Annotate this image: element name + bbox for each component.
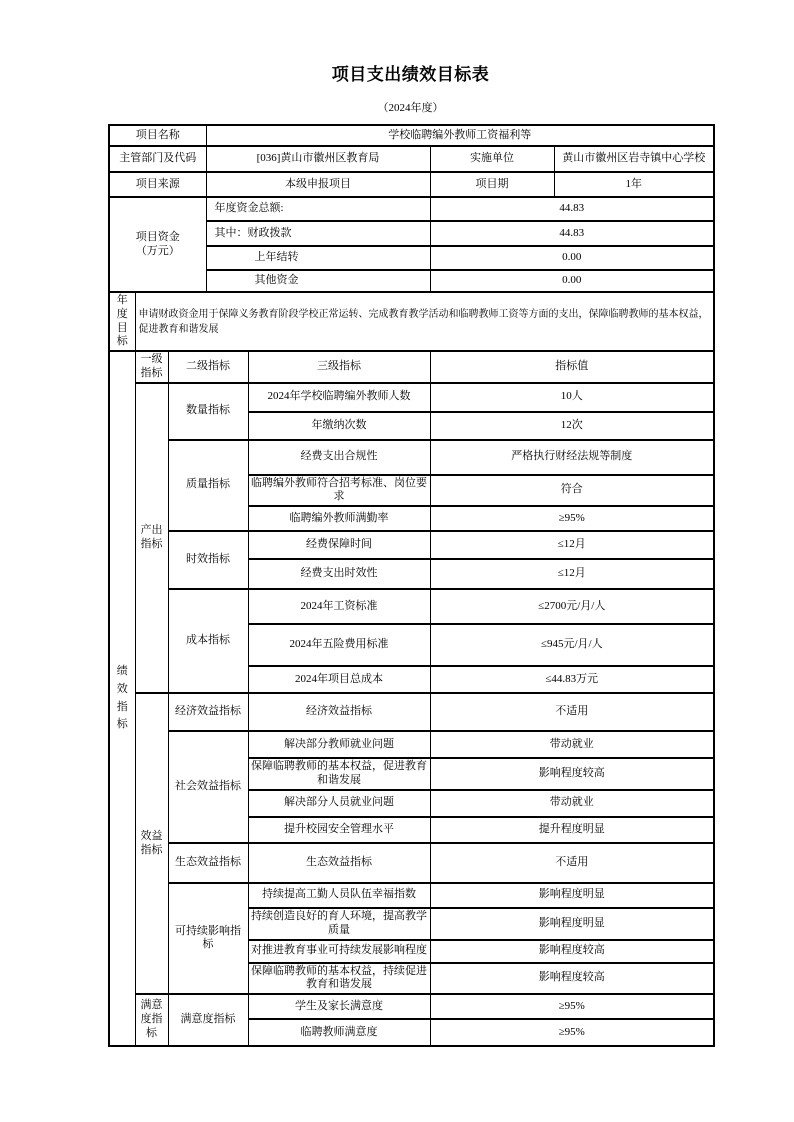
impl-unit-value: 黄山市徽州区岩寺镇中心学校 [554,146,714,172]
indicator-name-cell: 经费支出时效性 [248,559,430,589]
source-value: 本级申报项目 [206,172,430,197]
level2-cell-timeliness: 时效指标 [168,531,248,589]
funding-name-cell: 上年结转 [206,246,430,270]
indicator-name-cell: 经费支出合规性 [248,440,430,475]
indicator-name-cell: 生态效益指标 [248,843,430,883]
row-funding-total: 项目资金 （万元） 年度资金总额: 44.83 [109,197,714,221]
indicator-name-cell: 临聘教师满意度 [248,1019,430,1046]
funding-value-cell: 0.00 [430,270,714,292]
indicator-name-cell: 经济效益指标 [248,693,430,731]
header-level2: 二级指标 [168,351,248,383]
indicator-name-cell: 提升校园安全管理水平 [248,817,430,843]
level1-cell-output: 产出 指标 [135,383,168,694]
indicator-value-cell: 12次 [430,412,714,440]
indicator-value-cell: ≥95% [430,506,714,531]
period-label: 项目期 [430,172,554,197]
indicator-value-cell: ≤44.83万元 [430,666,714,693]
indicator-name-cell: 对推进教育事业可持续发展影响程度 [248,940,430,963]
perf-side-label: 绩 效 指 标 [109,351,135,1046]
annual-goal-text: 申请财政资金用于保障义务教育阶段学校正常运转、完成教育教学活动和临聘教师工资等方… [135,292,714,351]
header-level1: 一级 指标 [135,351,168,383]
annual-goal-label: 年度 目标 [109,292,135,351]
indicator-name-cell: 2024年学校临聘编外教师人数 [248,383,430,412]
project-name-label: 项目名称 [109,125,206,146]
funding-value-cell: 0.00 [430,246,714,270]
indicator-name-cell: 临聘编外教师符合招考标准、岗位要求 [248,475,430,507]
row-annual-goal: 年度 目标 申请财政资金用于保障义务教育阶段学校正常运转、完成教育教学活动和临聘… [109,292,714,351]
funding-name-cell: 其中：财政拨款 [206,221,430,246]
header-value: 指标值 [430,351,714,383]
period-value: 1年 [554,172,714,197]
indicator-value-cell: 影响程度较高 [430,940,714,963]
project-name-value: 学校临聘编外教师工资福利等 [206,125,714,146]
dept-label: 主管部门及代码 [109,146,206,172]
indicator-row: 产出 指标 数量指标 2024年学校临聘编外教师人数 10人 [109,383,714,412]
indicator-value-cell: ≤12月 [430,531,714,559]
indicator-value-cell: 符合 [430,475,714,507]
level2-cell-sustainable: 可持续影响指标 [168,883,248,995]
indicator-name-cell: 解决部分教师就业问题 [248,731,430,758]
level1-cell-satisfaction: 满意 度指 标 [135,994,168,1046]
indicator-row: 成本指标 2024年工资标准 ≤2700元/月/人 [109,589,714,624]
indicator-name-cell: 保障临聘教师的基本权益，促进教育和谐发展 [248,758,430,790]
indicator-row: 效益 指标 经济效益指标 经济效益指标 不适用 [109,693,714,731]
funding-value-cell: 44.83 [430,221,714,246]
dept-value: [036]黄山市徽州区教育局 [206,146,430,172]
indicator-value-cell: 带动就业 [430,790,714,817]
indicator-name-cell: 2024年项目总成本 [248,666,430,693]
indicator-row: 可持续影响指标 持续提高工勤人员队伍幸福指数 影响程度明显 [109,883,714,908]
row-indicator-header: 绩 效 指 标 一级 指标 二级指标 三级指标 指标值 [109,351,714,383]
performance-target-table: 项目名称 学校临聘编外教师工资福利等 主管部门及代码 [036]黄山市徽州区教育… [108,124,715,1047]
page-subtitle: （2024年度） [108,99,713,115]
level2-cell-quality: 质量指标 [168,440,248,532]
level2-cell-social: 社会效益指标 [168,731,248,843]
indicator-value-cell: ≤945元/月/人 [430,624,714,666]
indicator-name-cell: 2024年工资标准 [248,589,430,624]
funding-name-cell: 年度资金总额: [206,197,430,221]
funding-name-cell: 其他资金 [206,270,430,292]
indicator-name-cell: 临聘编外教师满勤率 [248,506,430,531]
indicator-value-cell: ≥95% [430,994,714,1019]
indicator-value-cell: 10人 [430,383,714,412]
indicator-value-cell: 不适用 [430,693,714,731]
indicator-value-cell: ≥95% [430,1019,714,1046]
level2-cell-economic: 经济效益指标 [168,693,248,731]
indicator-value-cell: 提升程度明显 [430,817,714,843]
header-level3: 三级指标 [248,351,430,383]
level2-cell-satisfaction: 满意度指标 [168,994,248,1046]
document-page: 项目支出绩效目标表 （2024年度） 项目名称 学校临聘编外教师工资福利等 主管… [0,0,794,1047]
row-dept: 主管部门及代码 [036]黄山市徽州区教育局 实施单位 黄山市徽州区岩寺镇中心学… [109,146,714,172]
indicator-row: 满意 度指 标 满意度指标 学生及家长满意度 ≥95% [109,994,714,1019]
level1-cell-benefit: 效益 指标 [135,693,168,994]
indicator-value-cell: ≤12月 [430,559,714,589]
row-project-name: 项目名称 学校临聘编外教师工资福利等 [109,125,714,146]
indicator-row: 生态效益指标 生态效益指标 不适用 [109,843,714,883]
indicator-value-cell: 不适用 [430,843,714,883]
indicator-row: 社会效益指标 解决部分教师就业问题 带动就业 [109,731,714,758]
indicator-row: 质量指标 经费支出合规性 严格执行财经法规等制度 [109,440,714,475]
indicator-name-cell: 持续提高工勤人员队伍幸福指数 [248,883,430,908]
funding-label: 项目资金 （万元） [109,197,206,292]
indicator-name-cell: 年缴纳次数 [248,412,430,440]
indicator-name-cell: 经费保障时间 [248,531,430,559]
indicator-value-cell: 影响程度明显 [430,908,714,940]
indicator-value-cell: 影响程度较高 [430,758,714,790]
level2-cell-quantity: 数量指标 [168,383,248,440]
indicator-value-cell: 严格执行财经法规等制度 [430,440,714,475]
source-label: 项目来源 [109,172,206,197]
level2-cell-ecological: 生态效益指标 [168,843,248,883]
indicator-value-cell: ≤2700元/月/人 [430,589,714,624]
level2-cell-cost: 成本指标 [168,589,248,693]
funding-value-cell: 44.83 [430,197,714,221]
indicator-value-cell: 带动就业 [430,731,714,758]
indicator-name-cell: 持续创造良好的育人环境，提高教学质量 [248,908,430,940]
indicator-value-cell: 影响程度明显 [430,883,714,908]
indicator-row: 时效指标 经费保障时间 ≤12月 [109,531,714,559]
indicator-name-cell: 学生及家长满意度 [248,994,430,1019]
row-source: 项目来源 本级申报项目 项目期 1年 [109,172,714,197]
indicator-name-cell: 2024年五险费用标准 [248,624,430,666]
indicator-name-cell: 保障临聘教师的基本权益，持续促进教育和谐发展 [248,963,430,995]
indicator-value-cell: 影响程度较高 [430,963,714,995]
impl-unit-label: 实施单位 [430,146,554,172]
indicator-name-cell: 解决部分人员就业问题 [248,790,430,817]
page-title: 项目支出绩效目标表 [108,60,713,85]
